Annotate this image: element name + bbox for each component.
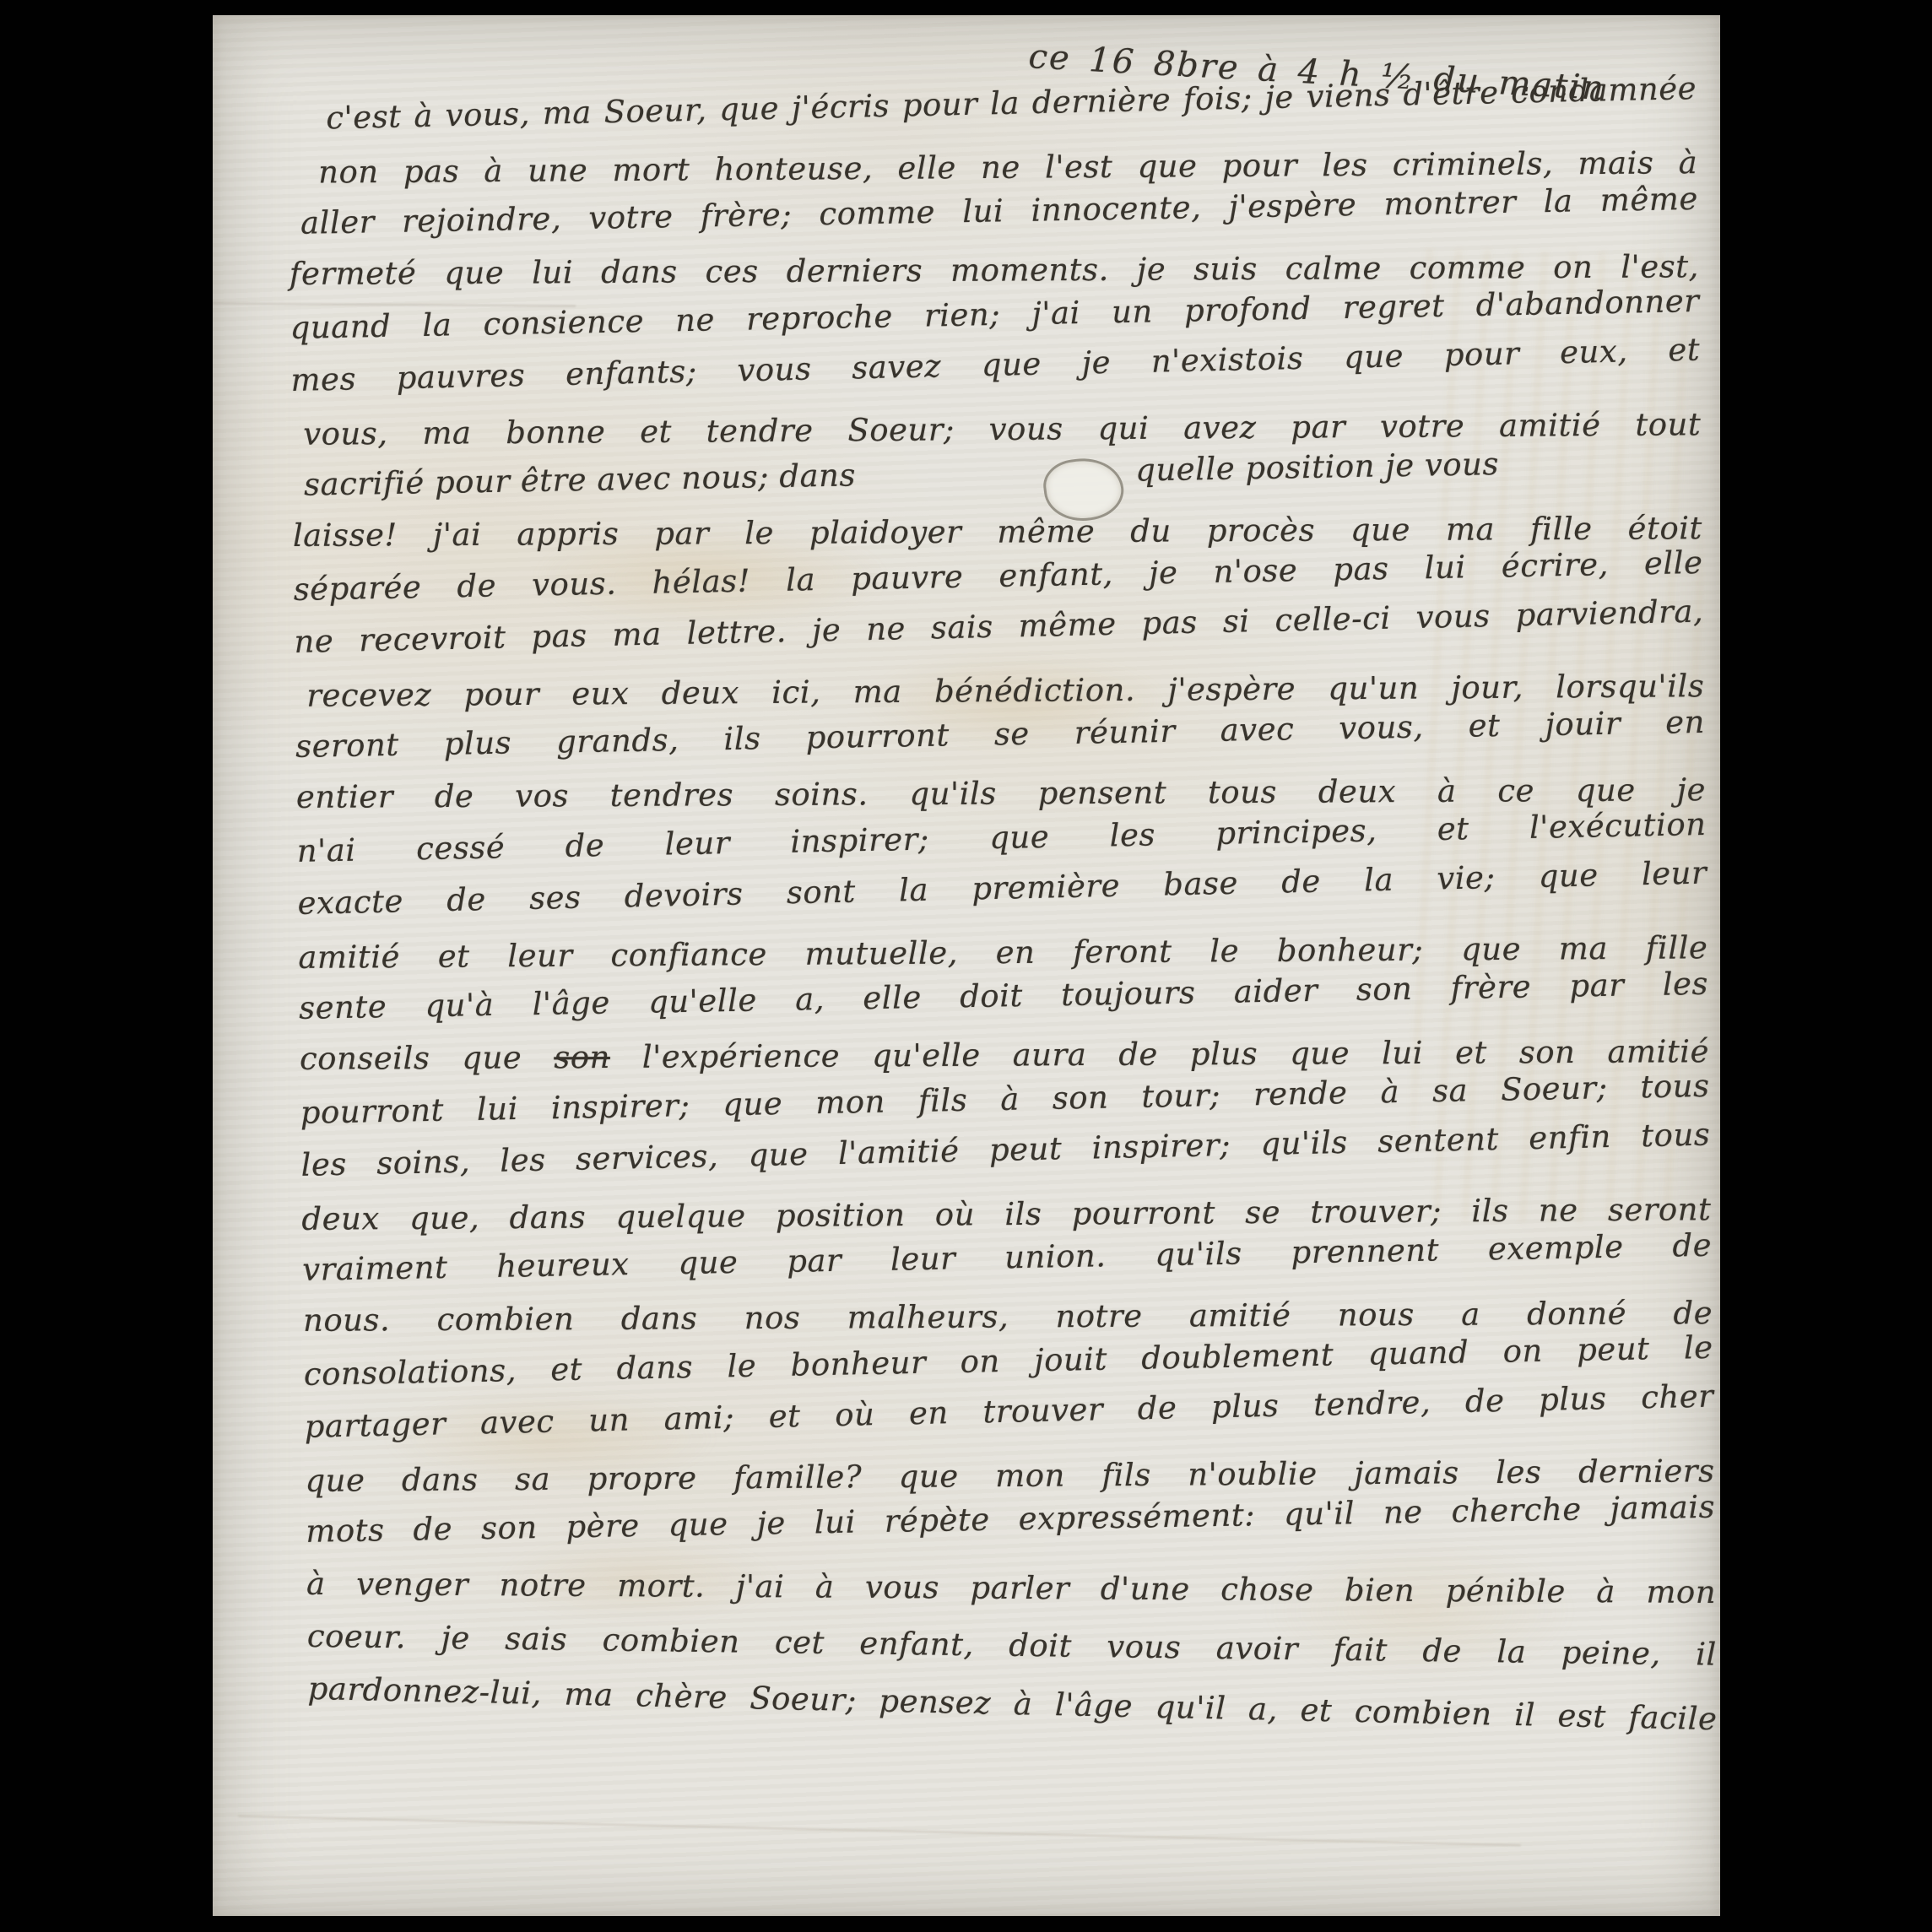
struck-word: son [554, 1039, 610, 1075]
letter-line: c'est à vous, ma Soeur, que j'écris pour… [326, 62, 1697, 144]
photo-backdrop: ce 16 8bre à 4 h ½ du matin c'est à vous… [0, 0, 1932, 1932]
letter-page: ce 16 8bre à 4 h ½ du matin c'est à vous… [213, 15, 1720, 1916]
paper-crease [238, 1816, 1521, 1846]
letter-line: à venger notre mort. j'ai à vous parler … [306, 1558, 1716, 1619]
letter-body: c'est à vous, ma Soeur, que j'écris pour… [287, 74, 1718, 1715]
letter-line-segment: conseils que [300, 1039, 554, 1077]
letter-line-segment: quelle position je vous [1135, 438, 1500, 497]
letter-line-segment: sacrifié pour être avec nous; dans [304, 449, 857, 511]
